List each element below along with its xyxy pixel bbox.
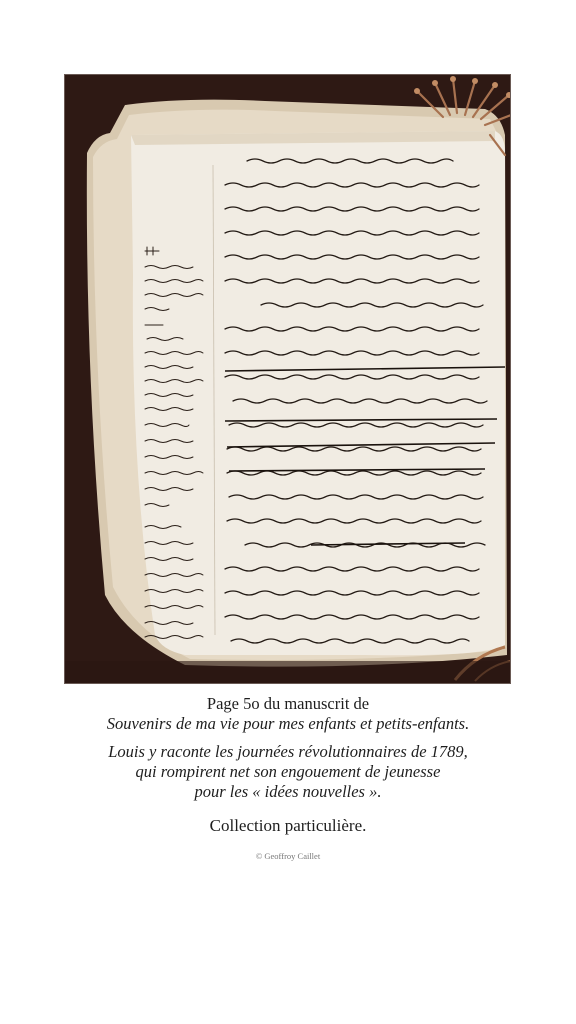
- caption-page-reference: Page 5o du manuscrit de: [0, 694, 576, 714]
- caption-description: Louis y raconte les journées révolutionn…: [0, 742, 576, 802]
- caption-description-line-1: Louis y raconte les journées révolutionn…: [0, 742, 576, 762]
- caption-book-title: Souvenirs de ma vie pour mes enfants et …: [0, 714, 576, 734]
- caption-collection: Collection particulière.: [0, 816, 576, 836]
- manuscript-photo: [64, 74, 511, 684]
- photo-credit: © Geoffroy Caillet: [0, 851, 576, 861]
- caption-description-line-3: pour les « idées nouvelles ».: [0, 782, 576, 802]
- caption-description-line-2: qui rompirent net son engouement de jeun…: [0, 762, 576, 782]
- caption-title: Page 5o du manuscrit de Souvenirs de ma …: [0, 694, 576, 734]
- manuscript-page-illustration: [65, 75, 511, 684]
